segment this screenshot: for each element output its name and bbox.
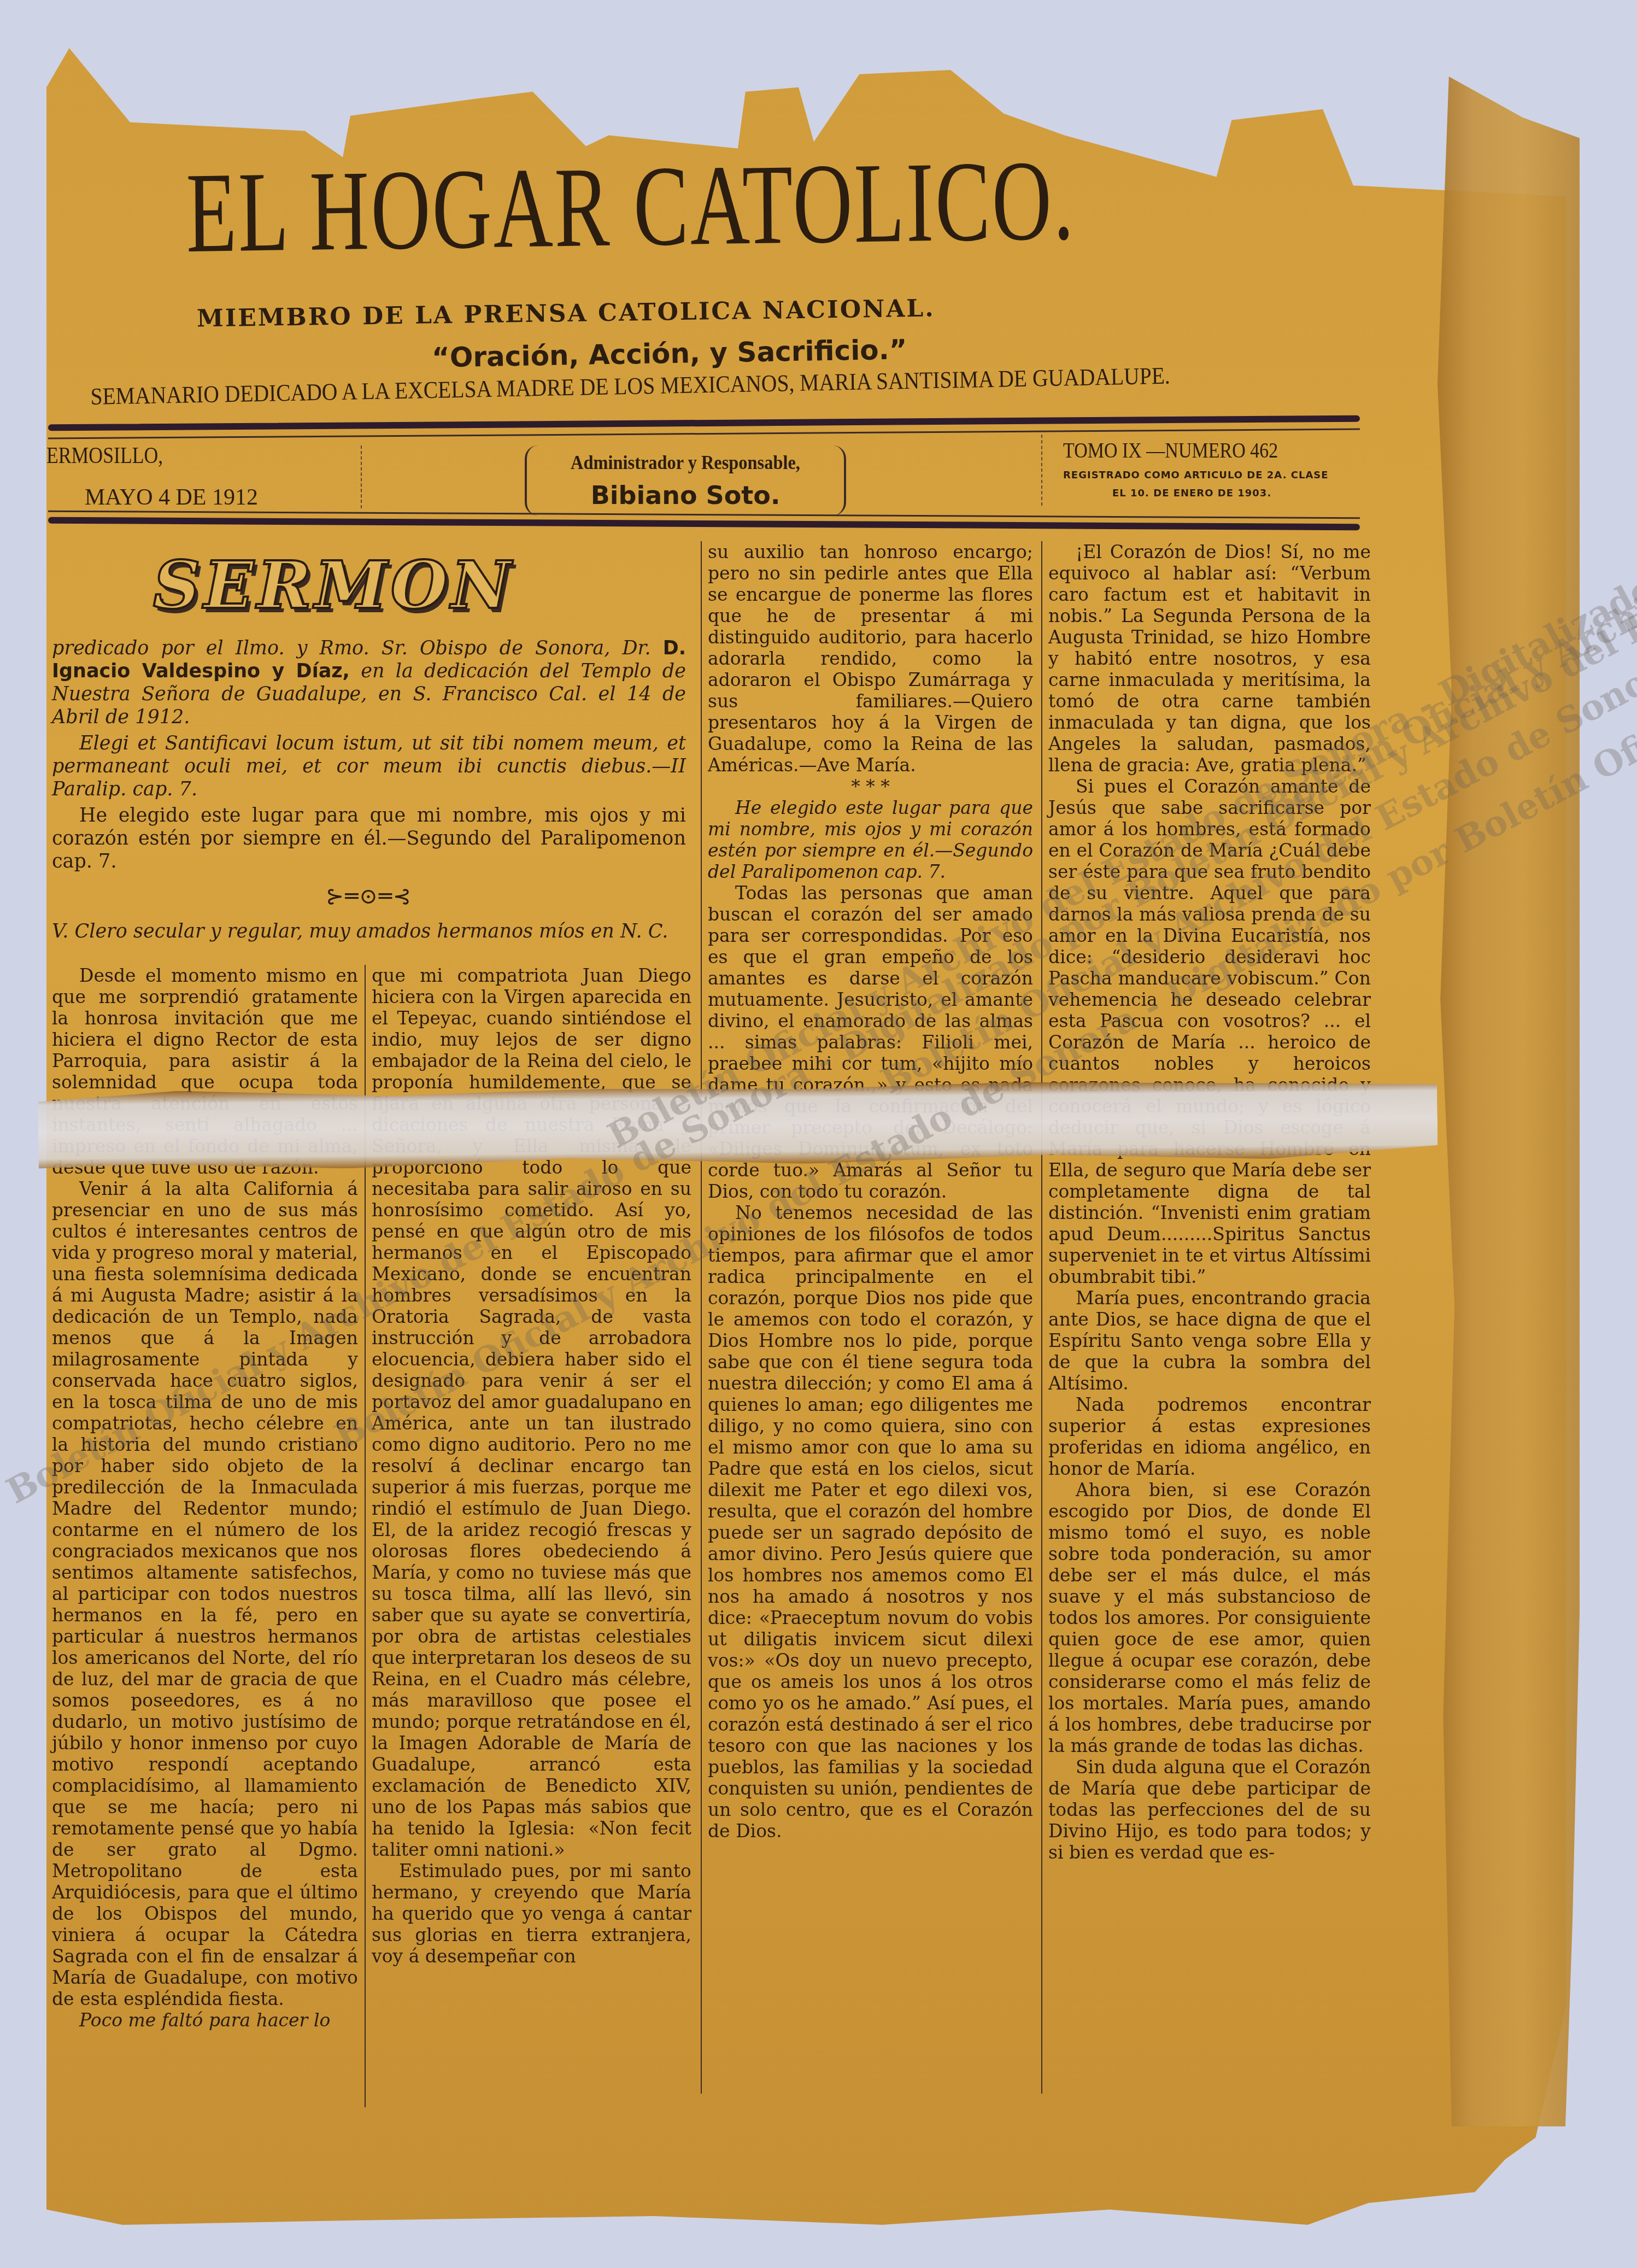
volume-number: TOMO IX —NUMERO 462 xyxy=(1063,437,1289,463)
paragraph: Estimulado pues, por mi santo hermano, y… xyxy=(372,1860,691,1967)
paragraph: su auxilio tan honroso encargo; pero no … xyxy=(708,541,1033,776)
paragraph: He elegido este lugar para que mi nombre… xyxy=(708,797,1033,882)
paragraph: Venir á la alta California á presenciar … xyxy=(52,1178,358,2009)
administrator-role: Administrador y Responsable, xyxy=(543,451,828,474)
issue-date: MAYO 4 DE 1912 xyxy=(85,484,258,511)
place-date: ERMOSILLO, MAYO 4 DE 1912 xyxy=(46,443,258,511)
administrator-name: Bibiano Soto. xyxy=(527,480,844,510)
info-separator xyxy=(1041,435,1042,506)
registration-line-2: EL 10. DE ENERO DE 1903. xyxy=(1112,488,1329,499)
column-rule xyxy=(1041,541,1042,2094)
paragraph: Ahora bien, si ese Corazón escogido por … xyxy=(1048,1479,1371,1756)
article-title: SERMON xyxy=(153,547,514,624)
salutation: V. Clero secular y regular, muy amados h… xyxy=(52,920,686,943)
article-intro: predicado por el Ilmo. y Rmo. Sr. Obispo… xyxy=(52,637,686,946)
paragraph: Si pues el Corazón amante de Jesús que s… xyxy=(1048,776,1371,1287)
intro-text: predicado por el Ilmo. y Rmo. Sr. Obispo… xyxy=(52,637,651,659)
paragraph: Poco me faltó para hacer lo xyxy=(52,2009,358,2031)
info-separator xyxy=(361,446,362,508)
torn-right-edge xyxy=(1437,77,1580,2126)
spanish-epigraph: He elegido este lugar para que mi nombre… xyxy=(52,804,686,873)
paragraph: Nada podremos encontrar superior á estas… xyxy=(1048,1394,1371,1479)
paragraph: María pues, encontrando gracia ante Dios… xyxy=(1048,1287,1371,1394)
latin-epigraph: Elegi et Santificavi locum istum, ut sit… xyxy=(52,732,686,801)
issue-info: TOMO IX —NUMERO 462 REGISTRADO COMO ARTI… xyxy=(1063,437,1329,499)
administrator-box: Administrador y Responsable, Bibiano Sot… xyxy=(525,446,846,515)
paragraph: Sin duda alguna que el Corazón de María … xyxy=(1048,1756,1371,1863)
paragraph: No tenemos necesidad de las opiniones de… xyxy=(708,1202,1033,1842)
paragraph: ¡El Corazón de Dios! Sí, no me equivoco … xyxy=(1048,541,1371,776)
ornament-divider: ⊱═⊙═⊰ xyxy=(52,885,686,908)
asterism: * * * xyxy=(708,776,1033,797)
column-rule xyxy=(701,541,702,2094)
newspaper-title: EL HOGAR CATOLICO. xyxy=(186,145,926,271)
column-4: ¡El Corazón de Dios! Sí, no me equivoco … xyxy=(1048,541,1371,1863)
column-3: su auxilio tan honroso encargo; pero no … xyxy=(708,541,1033,1842)
registration-line-1: REGISTRADO COMO ARTICULO DE 2A. CLASE xyxy=(1063,470,1329,481)
place-name: ERMOSILLO, xyxy=(46,443,226,469)
